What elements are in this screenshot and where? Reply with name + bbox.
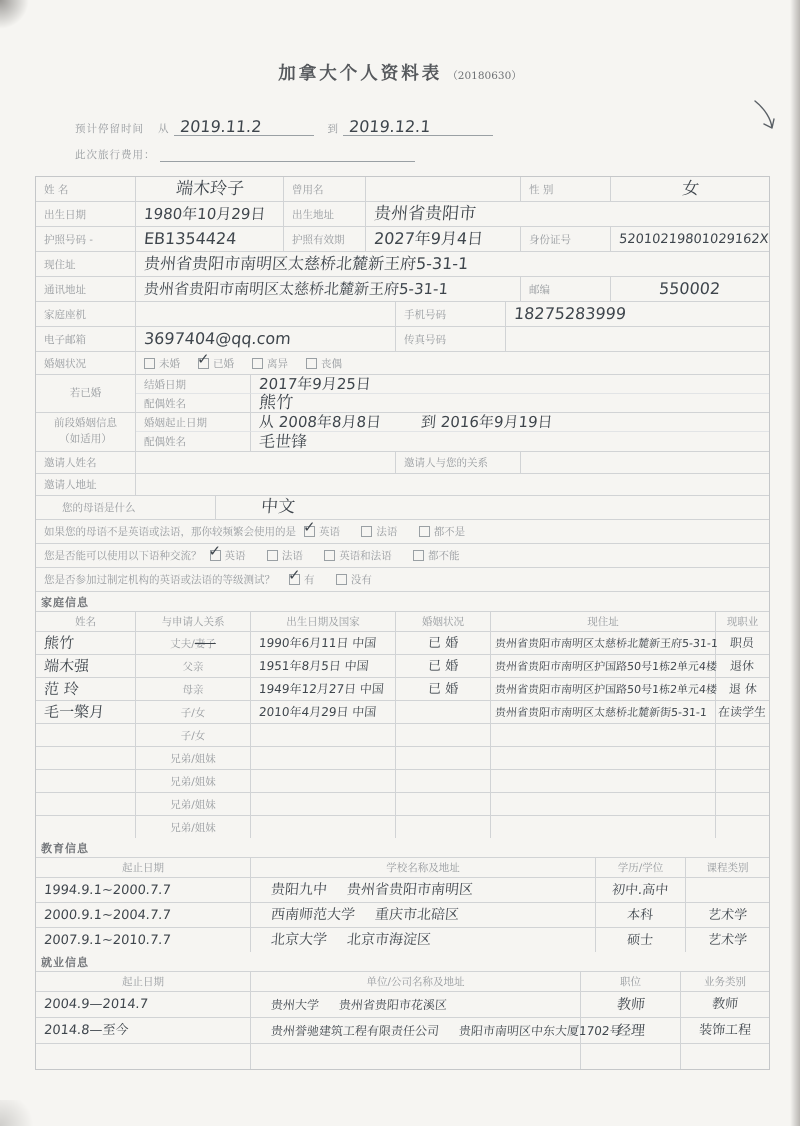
employment-dates-value: 2004.9—2014.7 [43,998,148,1011]
employment-company-name: 贵州誉驰建筑工程有限责任公司 [270,1025,439,1037]
family-marital-cell [396,816,491,838]
dob-label: 出生日期 [36,202,136,226]
family-marital-cell [396,701,491,723]
language-q1-cell: 如果您的母语不是英语或法语，那你较频繁会使用的是 ✓ 英语 法语 [36,520,769,543]
checkbox-icon: ✓ [289,574,300,585]
family-relation-label: 兄弟/姐妹 [170,797,216,812]
language-option: ✓ 有 [289,572,315,587]
family-name-cell [36,724,136,746]
family-relation-label: 兄弟/姐妹 [170,751,216,766]
marriage-section: 若已婚 结婚日期 2017年9月25日 配偶姓名 熊竹 前段婚姻信息（如适用） … [36,375,769,452]
education-school-cell: 北京大学 北京市海淀区 [251,928,596,952]
scan-corner-shadow [0,0,34,34]
employment-header-position: 职位 [581,972,681,991]
family-birth-value: 2010年4月29日 中国 [258,706,376,718]
education-table-header: 起止日期 学校名称及地址 学历/学位 课程类别 [36,858,769,878]
family-birth-value: 1949年12月27日 中国 [258,683,384,695]
education-category-value: 艺术学 [707,934,747,947]
family-header-name: 姓名 [36,612,136,631]
passport-expiry-value-cell: 2027年9月4日 [366,227,521,251]
employment-company-cell [251,1044,581,1069]
inviter-name-value-cell [136,452,396,473]
language-q2-cell: 您是否能可以使用以下语种交流？ ✓ 英语 法语 [36,544,769,567]
family-name-value: 端木强 [43,659,89,674]
family-relation-cell: 子/女 [136,701,251,723]
family-name-cell [36,816,136,838]
family-relation-label: 兄弟/姐妹 [170,774,216,789]
check-mark-icon: ✓ [303,518,316,536]
family-relation-cell: 兄弟/姐妹 [136,747,251,769]
family-address-cell [491,724,716,746]
family-relation-label: 母亲 [183,682,204,697]
language-q3-cell: 您是否参加过制定机构的英语或法语的等级测试？ ✓ 有 没有 [36,568,769,591]
passport-expiry-label: 护照有效期 [284,227,366,251]
postcode-label: 邮编 [521,277,611,301]
mobile-value: 18275283999 [513,306,626,322]
family-birth-cell [251,747,396,769]
employment-dates-value: 2014.8—至今 [43,1024,129,1037]
row-inviter-address: 邀请人地址 [36,474,769,496]
employment-header-dates: 起止日期 [36,972,251,991]
trip-cost-label: 此次旅行费用： [75,147,156,162]
gender-value-cell: 女 [611,177,769,201]
scan-edge-shadow [790,0,800,1126]
checkbox-icon [419,526,430,537]
marital-option-label: 已婚 [213,356,234,371]
family-table-row: 熊竹 丈夫/妻子 1990年6月11日 中国 已 婚 贵州省贵阳市南明区太慈桥北… [36,632,769,655]
marital-options-cell: 未婚 ✓ 已婚 离异 丧偶 [136,352,769,374]
employment-dates-cell: 2004.9—2014.7 [36,992,251,1017]
family-occupation-cell: 退休 [716,655,769,677]
row-native-language: 您的母语是什么 中文 [36,496,769,520]
education-header-dates: 起止日期 [36,858,251,877]
education-school-address: 重庆市北碚区 [374,908,459,922]
family-name-cell: 范 玲 [36,678,136,700]
language-option: 都不是 [419,524,466,539]
family-table-row: 端木强 父亲 1951年8月5日 中国 已 婚 贵州省贵阳市南明区护国路50号1… [36,655,769,678]
prev-spouse-value-cell: 毛世锋 [251,432,769,451]
education-degree-value: 本科 [627,909,654,922]
inviter-name-label: 邀请人姓名 [36,452,136,473]
family-marital-cell [396,747,491,769]
education-school-name: 贵阳九中 [270,883,327,897]
employment-company-address: 贵州省贵阳市花溪区 [338,999,447,1011]
family-birth-cell [251,816,396,838]
family-occupation-cell: 职员 [716,632,769,654]
family-table-row: 兄弟/姐妹 [36,816,769,838]
family-table-row: 子/女 [36,724,769,747]
inviter-relation-value-cell [521,452,769,473]
row-marital-status: 婚姻状况 未婚 ✓ 已婚 离异 [36,352,769,375]
family-header-occupation: 现职业 [716,612,769,631]
family-name-cell: 熊竹 [36,632,136,654]
checkbox-icon [252,358,263,369]
education-school-address: 北京市海淀区 [346,933,431,947]
employment-table-header: 起止日期 单位/公司名称及地址 职位 业务类别 [36,972,769,992]
checkbox-icon: ✓ [198,358,209,369]
language-q3-options: ✓ 有 没有 [289,572,390,588]
address-value-cell: 贵州省贵阳市南明区太慈桥北麓新王府5-31-1 [136,252,769,276]
education-school-cell: 西南师范大学 重庆市北碚区 [251,903,596,927]
education-category-cell: 艺术学 [686,903,769,927]
fax-label: 传真号码 [396,327,506,351]
family-relation-cell: 子/女 [136,724,251,746]
family-address-cell: 贵州省贵阳市南明区太慈桥北麓新王府5-31-1 [491,632,716,654]
employment-table-row: 2004.9—2014.7 贵州大学 贵州省贵阳市花溪区 教师 教师 [36,992,769,1018]
family-relation-cell: 兄弟/姐妹 [136,770,251,792]
education-school-name: 北京大学 [270,933,327,947]
family-occupation-cell [716,747,769,769]
family-birth-cell: 1951年8月5日 中国 [251,655,396,677]
family-marital-cell: 已 婚 [396,632,491,654]
family-relation-label: 子/女 [181,728,206,743]
education-table-body: 1994.9.1~2000.7.7 贵阳九中 贵州省贵阳市南明区 初中.高中 2… [36,878,769,952]
language-option-label: 没有 [351,572,372,587]
stay-label: 预计停留时间 [75,121,144,136]
checkbox-icon [144,358,155,369]
employment-dates-cell: 2014.8—至今 [36,1018,251,1043]
education-category-cell: 艺术学 [686,928,769,952]
stay-from-field: 2019.11.2 [174,119,314,136]
family-address-value: 贵州省贵阳市南明区太慈桥北麓新王府5-31-1 [495,638,719,649]
employment-category-value: 教师 [711,998,738,1011]
wedding-date-value-cell: 2017年9月25日 [251,375,769,394]
family-birth-value: 1990年6月11日 中国 [258,637,376,649]
mailing-label: 通讯地址 [36,277,136,301]
family-name-cell: 毛一檠月 [36,701,136,723]
check-mark-icon: ✓ [288,566,301,584]
family-birth-cell [251,724,396,746]
employment-position-cell: 教师 [581,992,681,1017]
employment-company-name: 贵州大学 [270,999,319,1011]
marital-option-label: 未婚 [159,356,180,371]
employment-dates-cell [36,1044,251,1069]
inviter-address-value-cell [136,474,769,495]
postcode-value-cell: 550002 [611,277,769,301]
row-mailing: 通讯地址 贵州省贵阳市南明区太慈桥北麓新王府5-31-1 邮编 550002 [36,277,769,302]
email-value-cell: 3697404@qq.com [136,327,396,351]
employment-category-cell: 装饰工程 [681,1018,769,1043]
education-degree-cell: 本科 [596,903,686,927]
language-option: 法语 [267,548,303,563]
trip-cost-field [160,145,415,162]
family-birth-cell: 1990年6月11日 中国 [251,632,396,654]
education-dates-cell: 2007.9.1~2010.7.7 [36,928,251,952]
education-header-school: 学校名称及地址 [251,858,596,877]
id-number-value: 52010219801029162X [618,233,769,246]
family-occupation-cell [716,793,769,815]
family-birth-value: 1951年8月5日 中国 [258,660,369,672]
marital-option: 未婚 [144,356,180,371]
language-option-label: 都不是 [434,524,466,539]
family-relation-label: 子/女 [181,705,206,720]
name-value: 端木玲子 [175,181,244,198]
education-table-row: 2000.9.1~2004.7.7 西南师范大学 重庆市北碚区 本科 艺术学 [36,903,769,928]
family-address-cell: 贵州省贵阳市南明区护国路50号1栋2单元4楼 [491,655,716,677]
former-name-value-cell [366,177,521,201]
family-address-cell: 贵州省贵阳市南明区护国路50号1栋2单元4楼 [491,678,716,700]
education-header-degree: 学历/学位 [596,858,686,877]
row-phones: 家庭座机 手机号码 18275283999 [36,302,769,327]
passport-expiry-value: 2027年9月4日 [373,231,483,247]
employment-header-company: 单位/公司名称及地址 [251,972,581,991]
family-name-cell [36,793,136,815]
check-mark-icon: ✓ [197,350,210,368]
family-marital-value: 已 婚 [427,637,458,650]
family-header-birth: 出生日期及国家 [251,612,396,631]
native-language-value-cell: 中文 [216,496,769,519]
passport-label: 护照号码 - [36,227,136,251]
education-school-cell: 贵阳九中 贵州省贵阳市南明区 [251,878,596,902]
stay-from-value: 2019.11.2 [179,119,262,135]
language-q1-text: 如果您的母语不是英语或法语，那你较频繁会使用的是 [44,524,296,539]
native-language-label: 您的母语是什么 [36,496,216,519]
passport-value-cell: EB1354424 [136,227,284,251]
family-birth-cell: 2010年4月29日 中国 [251,701,396,723]
spouse-name-label: 配偶姓名 [136,394,251,413]
prev-marriage-dates-label: 婚姻起止日期 [136,413,251,432]
home-phone-label: 家庭座机 [36,302,136,326]
family-table-header: 姓名 与申请人关系 出生日期及国家 婚姻状况 现住址 现职业 [36,612,769,632]
dob-value-cell: 1980年10月29日 [136,202,284,226]
language-q1-options: ✓ 英语 法语 都不是 [304,524,483,540]
row-email-fax: 电子邮箱 3697404@qq.com 传真号码 [36,327,769,352]
marital-option: 离异 [252,356,288,371]
family-table-row: 兄弟/姐妹 [36,793,769,816]
family-occupation-cell [716,816,769,838]
family-occupation-value: 退 休 [728,683,757,695]
family-marital-cell [396,793,491,815]
education-category-cell [686,878,769,902]
mailing-value-cell: 贵州省贵阳市南明区太慈桥北麓新王府5-31-1 [136,277,521,301]
row-language-q3: 您是否参加过制定机构的英语或法语的等级测试？ ✓ 有 没有 [36,568,769,592]
family-occupation-cell [716,770,769,792]
language-q3-text: 您是否参加过制定机构的英语或法语的等级测试？ [44,572,275,587]
checkbox-icon: ✓ [210,550,221,561]
email-label: 电子邮箱 [36,327,136,351]
language-option: 都不能 [413,548,460,563]
family-address-cell [491,770,716,792]
page-title: 加拿大个人资料表 [278,64,442,84]
checkbox-icon [413,550,424,561]
inviter-address-label: 邀请人地址 [36,474,136,495]
language-option-label: 有 [304,572,315,587]
checkbox-icon [324,550,335,561]
dob-value: 1980年10月29日 [143,207,266,222]
education-table-row: 2007.9.1~2010.7.7 北京大学 北京市海淀区 硕士 艺术学 [36,928,769,952]
language-option-label: 法语 [282,548,303,563]
family-relation-label: 丈夫/ [170,636,195,651]
checkbox-icon: ✓ [304,526,315,537]
employment-company-address: 贵阳市南明区中东大厦1702号 [458,1025,622,1037]
marital-option-label: 离异 [267,356,288,371]
check-mark-icon: ✓ [209,542,222,560]
mobile-label: 手机号码 [396,302,506,326]
family-table-row: 兄弟/姐妹 [36,770,769,793]
employment-position-value: 经理 [616,1024,645,1038]
family-header-address: 现住址 [491,612,716,631]
employment-category-value: 装饰工程 [698,1024,751,1037]
stay-to-field: 2019.12.1 [343,119,493,136]
name-value-cell: 端木玲子 [136,177,284,201]
family-table-row: 兄弟/姐妹 [36,747,769,770]
gender-value: 女 [681,181,699,198]
id-number-label: 身份证号 [521,227,611,251]
wedding-date-label: 结婚日期 [136,375,251,394]
language-option: 法语 [361,524,397,539]
family-relation-label: 兄弟/姐妹 [170,820,216,835]
family-marital-value: 已 婚 [427,683,458,696]
family-table-row: 毛一檠月 子/女 2010年4月29日 中国 贵州省贵阳市南明区太慈桥北麓新街5… [36,701,769,724]
language-option: 没有 [336,572,372,587]
family-occupation-value: 退休 [730,660,755,672]
prev-marriage-to-value: 到 2016年9月19日 [420,415,553,430]
education-degree-value: 初中.高中 [612,884,669,897]
language-option: ✓ 英语 [210,548,246,563]
employment-section-header: 就业信息 [36,952,769,972]
education-dates-value: 2000.9.1~2004.7.7 [43,909,171,922]
language-option-label: 都不能 [428,548,460,563]
from-label: 从 [158,121,170,136]
education-dates-value: 1994.9.1~2000.7.7 [43,884,171,897]
stay-duration-row: 预计停留时间 从 2019.11.2 到 2019.12.1 [75,119,800,136]
prev-marriage-dates-cell: 从 2008年8月8日 到 2016年9月19日 [251,413,769,432]
stay-to-value: 2019.12.1 [348,119,431,135]
family-occupation-cell: 在读学生 [716,701,769,723]
checkbox-icon [267,550,278,561]
language-option: 英语和法语 [324,548,392,563]
main-form-table: 姓 名 端木玲子 曾用名 性 别 女 出生日期 1980年10月29日 出生地址… [35,176,770,1070]
employment-category-cell [681,1044,769,1069]
prev-spouse-value: 毛世锋 [258,434,307,450]
family-name-value: 范 玲 [43,682,79,697]
family-address-value: 贵州省贵阳市南明区护国路50号1栋2单元4楼 [495,684,718,695]
employment-position-value: 教师 [616,998,645,1012]
row-name: 姓 名 端木玲子 曾用名 性 别 女 [36,177,769,202]
family-address-cell: 贵州省贵阳市南明区太慈桥北麓新街5-31-1 [491,701,716,723]
pen-mark-icon [750,96,780,138]
education-school-address: 贵州省贵阳市南明区 [346,883,473,897]
family-address-cell [491,793,716,815]
birthplace-label: 出生地址 [284,202,366,226]
spouse-name-value: 熊竹 [258,395,293,412]
inviter-relation-label: 邀请人与您的关系 [396,452,521,473]
language-option-label: 英语和法语 [339,548,392,563]
education-degree-cell: 初中.高中 [596,878,686,902]
language-option: ✓ 英语 [304,524,340,539]
form-version: （20180630） [447,70,521,82]
family-name-cell [36,747,136,769]
wedding-date-value: 2017年9月25日 [258,377,371,392]
education-header-category: 课程类别 [686,858,769,877]
family-name-value: 熊竹 [43,636,74,651]
family-name-cell [36,770,136,792]
family-marital-cell: 已 婚 [396,678,491,700]
gender-label: 性 别 [521,177,611,201]
family-birth-cell: 1949年12月27日 中国 [251,678,396,700]
language-q2-options: ✓ 英语 法语 英语和法语 [210,548,478,564]
education-degree-cell: 硕士 [596,928,686,952]
former-name-label: 曾用名 [284,177,366,201]
family-address-cell [491,816,716,838]
scan-corner-shadow-bottom [0,1100,40,1126]
family-relation-label: 父亲 [183,659,204,674]
education-degree-value: 硕士 [627,934,654,947]
id-number-value-cell: 52010219801029162X [611,227,769,251]
family-table-row: 范 玲 母亲 1949年12月27日 中国 已 婚 贵州省贵阳市南明区护国路50… [36,678,769,701]
family-relation-cell: 母亲 [136,678,251,700]
prev-marriage-from-value: 从 2008年8月8日 [258,415,381,430]
birthplace-value: 贵州省贵阳市 [373,206,476,223]
spouse-name-value-cell: 熊竹 [251,394,769,413]
family-name-cell: 端木强 [36,655,136,677]
marital-option-label: 丧偶 [321,356,342,371]
native-language-value: 中文 [260,499,295,516]
birthplace-value-cell: 贵州省贵阳市 [366,202,769,226]
employment-category-cell: 教师 [681,992,769,1017]
education-dates-cell: 2000.9.1~2004.7.7 [36,903,251,927]
row-inviter: 邀请人姓名 邀请人与您的关系 [36,452,769,474]
family-table-body: 熊竹 丈夫/妻子 1990年6月11日 中国 已 婚 贵州省贵阳市南明区太慈桥北… [36,632,769,838]
employment-header-category: 业务类别 [681,972,769,991]
prev-spouse-label: 配偶姓名 [136,432,251,451]
education-school-name: 西南师范大学 [270,908,355,922]
family-occupation-value: 职员 [730,637,755,649]
family-relation-struck: 妻子 [195,636,216,651]
checkbox-icon [306,358,317,369]
previous-marriage-label: 前段婚姻信息（如适用） [36,413,136,451]
address-label: 现住址 [36,252,136,276]
family-name-value: 毛一檠月 [43,705,104,720]
family-address-value: 贵州省贵阳市南明区护国路50号1栋2单元4楼 [495,661,718,672]
email-value: 3697404@qq.com [143,331,291,347]
education-dates-value: 2007.9.1~2010.7.7 [43,934,171,947]
family-birth-cell [251,770,396,792]
language-option-label: 法语 [376,524,397,539]
to-label: 到 [328,121,340,136]
marital-status-label: 婚姻状况 [36,352,136,374]
home-phone-value-cell [136,302,396,326]
mobile-value-cell: 18275283999 [506,302,769,326]
education-table-row: 1994.9.1~2000.7.7 贵阳九中 贵州省贵阳市南明区 初中.高中 [36,878,769,903]
if-married-label: 若已婚 [36,375,136,413]
postcode-value: 550002 [659,281,721,297]
employment-company-cell: 贵州大学 贵州省贵阳市花溪区 [251,992,581,1017]
family-relation-cell: 兄弟/姐妹 [136,793,251,815]
language-option-label: 英语 [319,524,340,539]
employment-table-row: 2014.8—至今 贵州誉驰建筑工程有限责任公司 贵阳市南明区中东大厦1702号… [36,1018,769,1044]
checkbox-icon [361,526,372,537]
marital-option: 丧偶 [306,356,342,371]
marital-option: ✓ 已婚 [198,356,234,371]
form-title-row: 加拿大个人资料表 （20180630） [0,60,800,85]
education-section-header: 教育信息 [36,838,769,858]
family-marital-cell: 已 婚 [396,655,491,677]
address-value: 贵州省贵阳市南明区太慈桥北麓新王府5-31-1 [143,256,469,272]
fax-value-cell [506,327,769,351]
row-address: 现住址 贵州省贵阳市南明区太慈桥北麓新王府5-31-1 [36,252,769,277]
family-occupation-cell [716,724,769,746]
family-occupation-value: 在读学生 [718,706,767,718]
family-relation-cell: 兄弟/姐妹 [136,816,251,838]
family-relation-cell: 丈夫/妻子 [136,632,251,654]
language-q2-text: 您是否能可以使用以下语种交流？ [44,548,202,563]
row-language-q1: 如果您的母语不是英语或法语，那你较频繁会使用的是 ✓ 英语 法语 [36,520,769,544]
employment-table-row [36,1044,769,1069]
family-section-header: 家庭信息 [36,592,769,612]
scanned-form-page: 加拿大个人资料表 （20180630） 预计停留时间 从 2019.11.2 到… [0,0,800,1126]
name-label: 姓 名 [36,177,136,201]
